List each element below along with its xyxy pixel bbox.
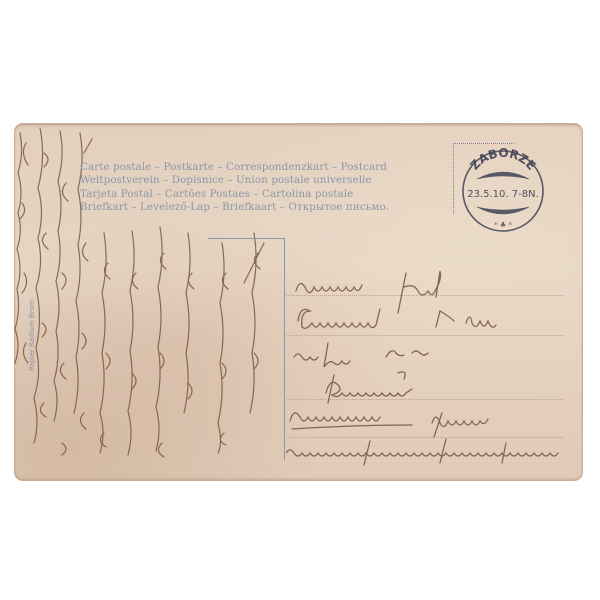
postcard: Carte postale – Postkarte – Corresponden… xyxy=(14,123,583,481)
header-line: Carte postale – Postkarte – Corresponden… xyxy=(80,161,430,174)
handwritten-address xyxy=(286,263,581,473)
svg-text:* ♣ *: * ♣ * xyxy=(494,221,512,229)
publisher-imprint: Papier Radium Brom xyxy=(28,300,36,372)
printed-header: Carte postale – Postkarte – Corresponden… xyxy=(80,161,430,214)
header-line: Briefkart – Levelező-Lap – Briefkaart – … xyxy=(80,201,430,214)
header-line: Tarjeta Postal – Cartões Postaes – Carto… xyxy=(80,188,430,201)
postmark-date: 23.5.10. 7-8N. xyxy=(467,189,539,200)
divider-line xyxy=(208,238,285,239)
postmark: ZABORZE 23.5.10. 7-8N. * ♣ * xyxy=(455,139,551,235)
divider-line xyxy=(284,238,285,460)
header-line: Weltpostverein – Dopisnice – Union posta… xyxy=(80,174,430,187)
